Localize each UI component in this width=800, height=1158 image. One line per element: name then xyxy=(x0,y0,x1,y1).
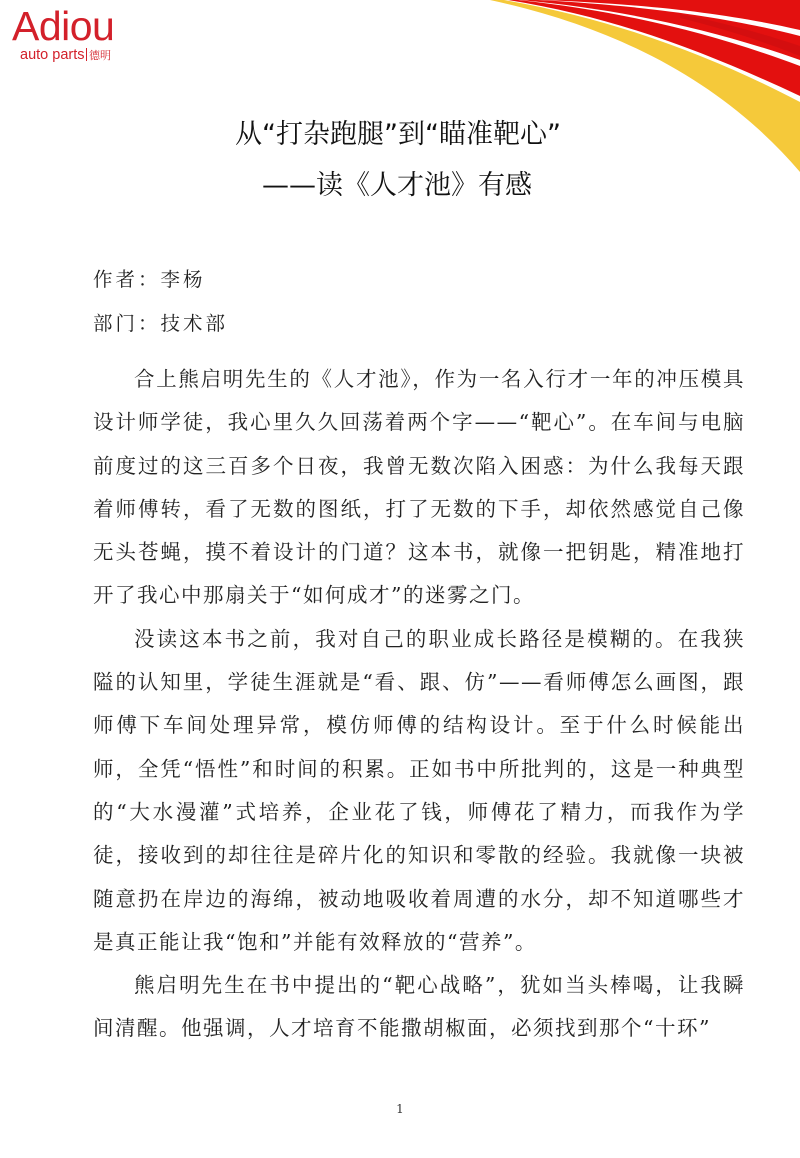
logo-separator xyxy=(86,48,88,61)
company-logo: Adiou auto parts德明 xyxy=(12,6,114,64)
logo-sub-cn: 德明 xyxy=(89,49,111,62)
document-body: 合上熊启明先生的《人才池》，作为一名入行才一年的冲压模具设计师学徒，我心里久久回… xyxy=(93,358,745,1051)
decorative-swoosh-icon xyxy=(480,0,800,190)
logo-sub-en: auto parts xyxy=(20,47,85,63)
logo-subtitle: auto parts德明 xyxy=(20,47,114,64)
paragraph: 没读这本书之前，我对自己的职业成长路径是模糊的。在我狭隘的认知里，学徒生涯就是“… xyxy=(93,618,745,964)
paragraph: 合上熊启明先生的《人才池》，作为一名入行才一年的冲压模具设计师学徒，我心里久久回… xyxy=(93,358,745,618)
document-title-line-2: ——读《人才池》有感 xyxy=(0,163,797,202)
page-number: 1 xyxy=(0,1102,800,1116)
paragraph: 熊启明先生在书中提出的“靶心战略”，犹如当头棒喝，让我瞬间清醒。他强调，人才培育… xyxy=(93,964,745,1051)
author-line: 作者：李杨 xyxy=(93,264,206,292)
department-line: 部门：技术部 xyxy=(93,308,228,336)
logo-brand: Adiou xyxy=(12,6,114,46)
document-title-line-1: 从“打杂跑腿”到“瞄准靶心” xyxy=(0,112,798,151)
